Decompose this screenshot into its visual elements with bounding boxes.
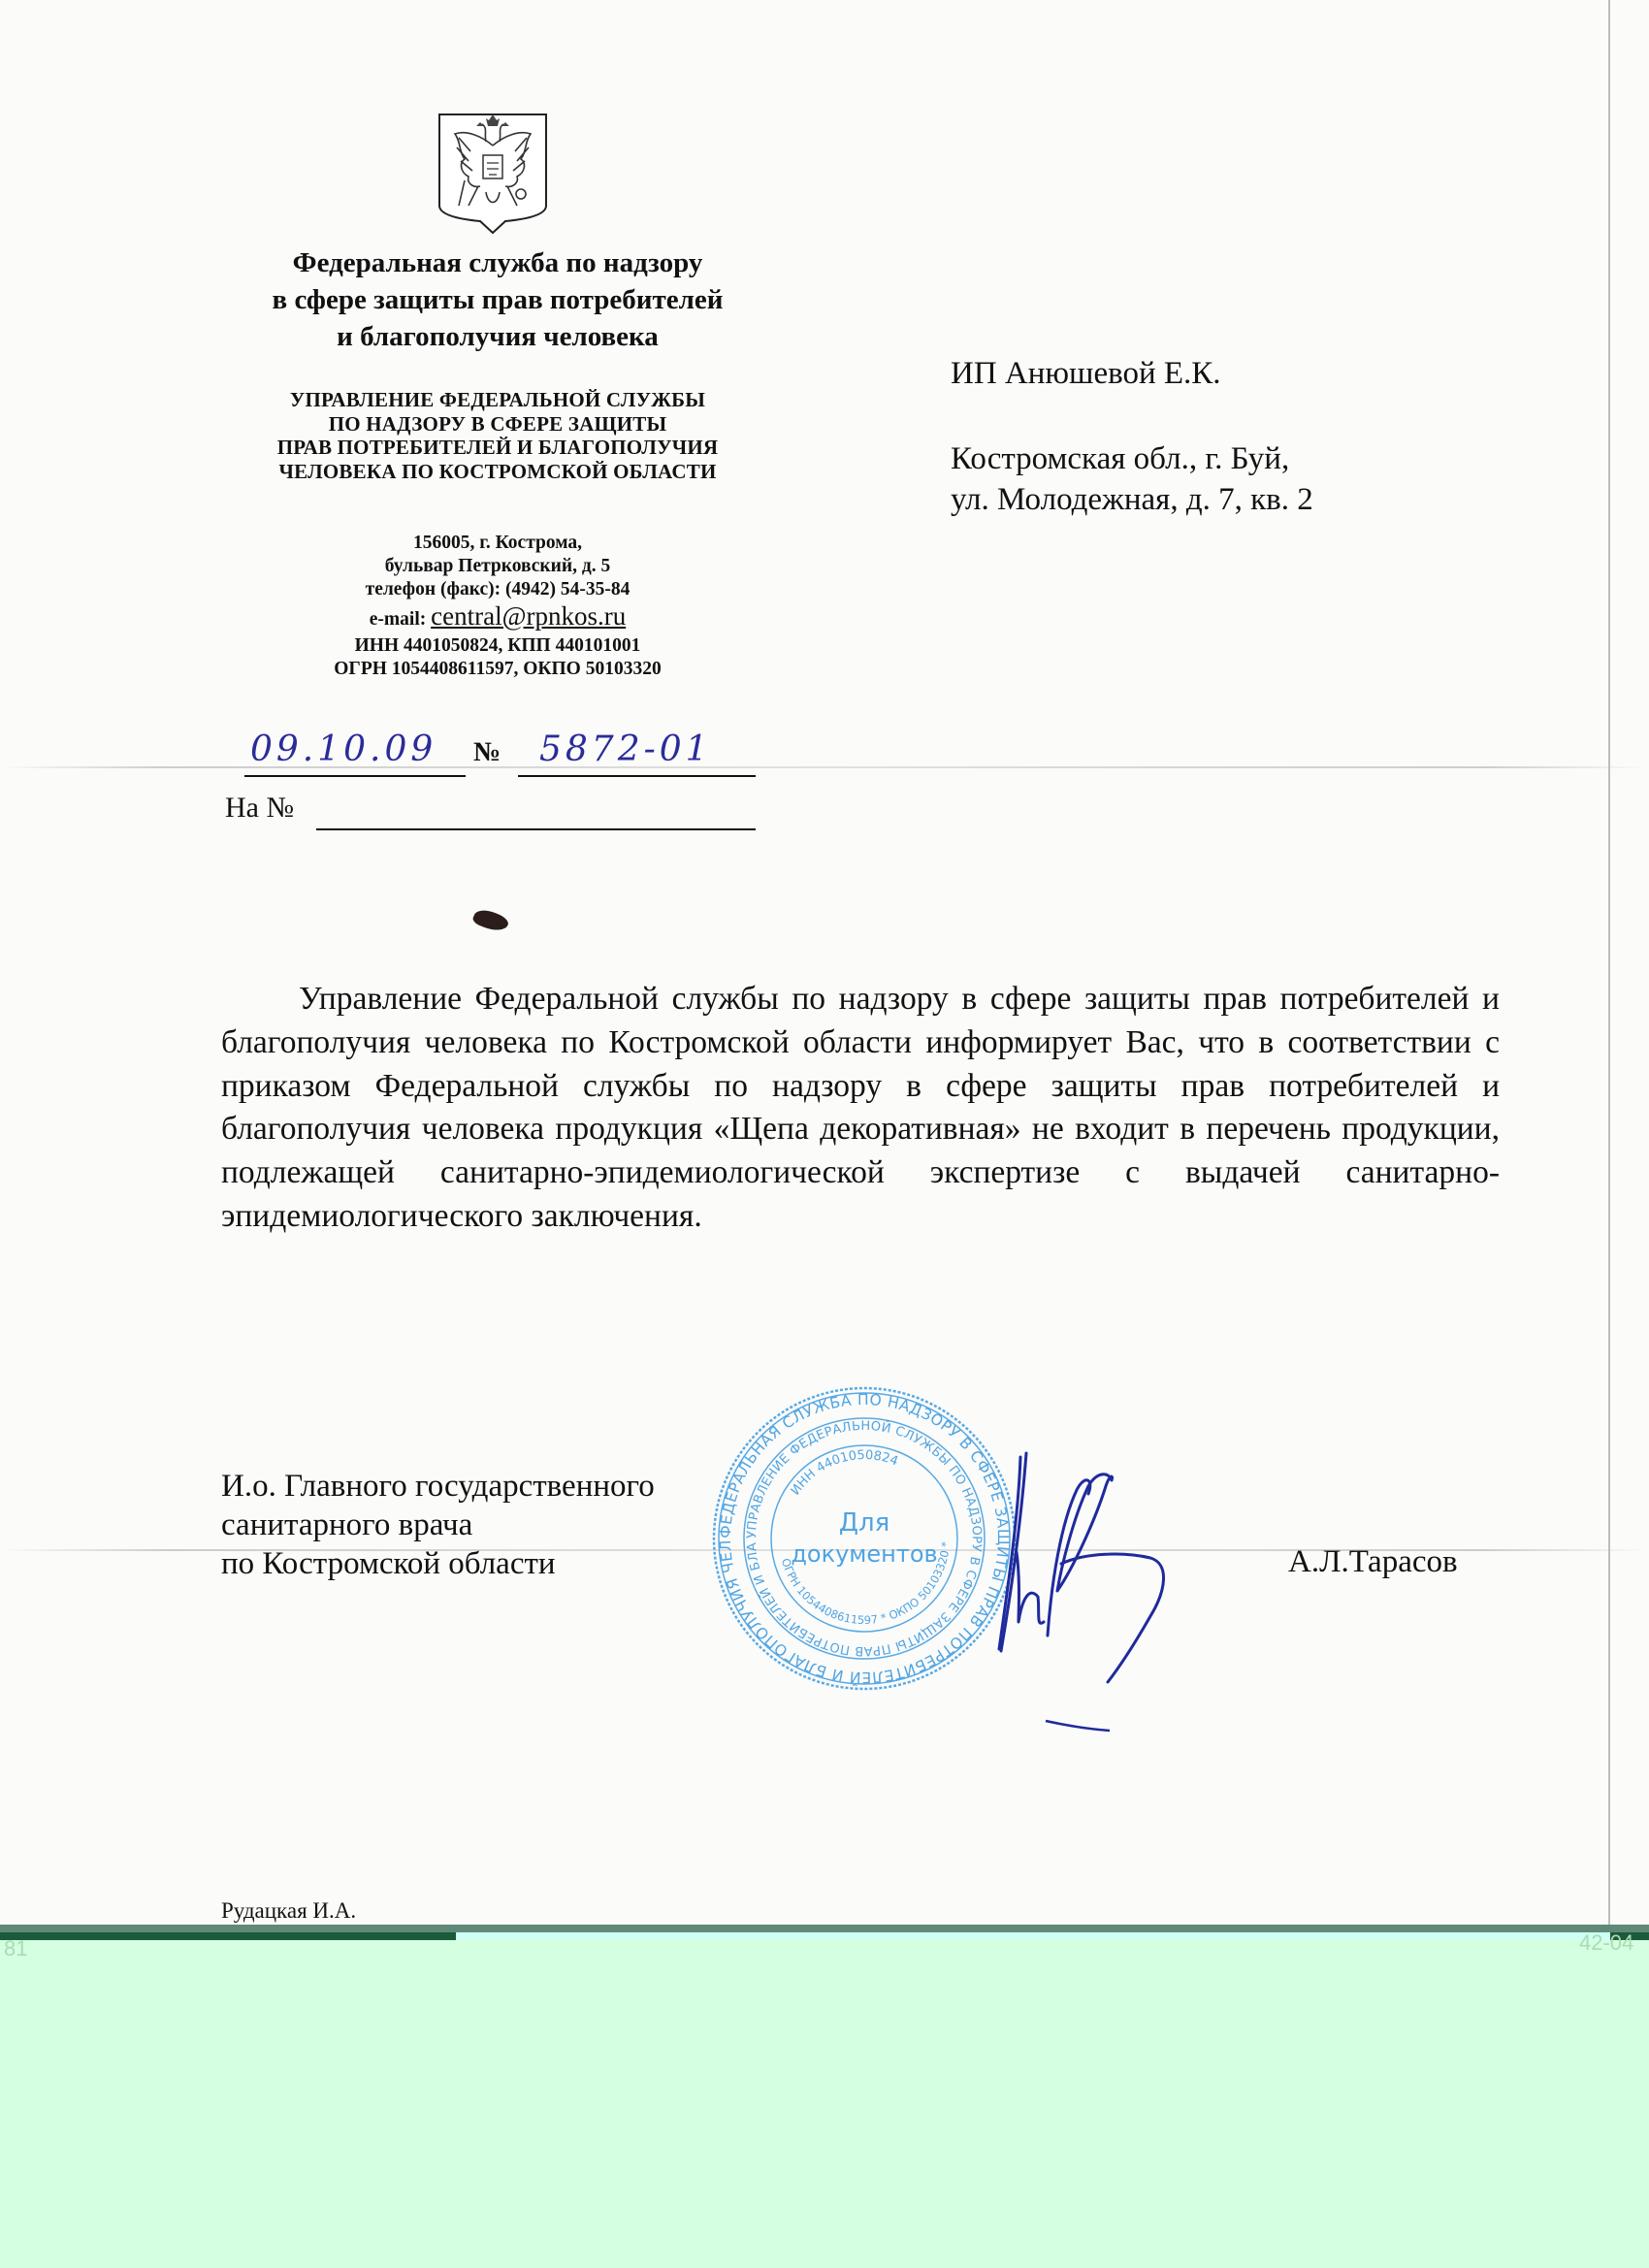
email-link[interactable]: central@rpnkos.ru <box>431 601 626 631</box>
addressee-block: ИП Анюшевой Е.К. Костромская обл., г. Бу… <box>951 353 1313 520</box>
coat-of-arms-icon <box>437 113 548 235</box>
addressee-address-line: ул. Молодежная, д. 7, кв. 2 <box>951 479 1313 520</box>
org-inn: ИНН 4401050824, КПП 440101001 <box>223 634 772 658</box>
organization-title: Федеральная служба по надзору в сфере за… <box>223 244 772 355</box>
signatory-name: А.Л.Тарасов <box>1288 1544 1458 1580</box>
org-sub-line: ЧЕЛОВЕКА ПО КОСТРОМСКОЙ ОБЛАСТИ <box>223 460 772 484</box>
org-title-line: в сфере защиты прав потребителей <box>223 281 772 318</box>
signature-tail-icon <box>1044 1719 1112 1733</box>
svg-text:ИНН 4401050824: ИНН 4401050824 <box>789 1448 900 1498</box>
letter-body: Управление Федеральной службы по надзору… <box>221 978 1500 1239</box>
signatory-role: И.о. Главного государственного санитарно… <box>221 1467 655 1583</box>
handwritten-signature-icon <box>980 1397 1212 1698</box>
org-city: 156005, г. Кострома, <box>223 532 772 555</box>
fold-line <box>0 766 1649 768</box>
addressee-name: ИП Анюшевой Е.К. <box>951 353 1313 394</box>
org-title-line: Федеральная служба по надзору <box>223 244 772 281</box>
addressee-address-line: Костромская обл., г. Буй, <box>951 438 1313 479</box>
scan-band-grey <box>0 1925 1649 1932</box>
stamp-center-line1: Для <box>839 1508 890 1538</box>
email-label: e-mail: <box>370 609 431 630</box>
org-street: бульвар Петрковский, д. 5 <box>223 555 772 578</box>
scan-band-light <box>456 1932 1610 1940</box>
organization-department: УПРАВЛЕНИЕ ФЕДЕРАЛЬНОЙ СЛУЖБЫ ПО НАДЗОРУ… <box>223 388 772 483</box>
signatory-role-line: И.о. Главного государственного <box>221 1467 655 1506</box>
org-sub-line: ПО НАДЗОРУ В СФЕРЕ ЗАЩИТЫ <box>223 412 772 437</box>
scan-fragment-right: 42-04 <box>1579 1930 1633 1956</box>
official-stamp-icon: ФЕДЕРАЛЬНАЯ СЛУЖБА ПО НАДЗОРУ В СФЕРЕ ЗА… <box>711 1385 1018 1692</box>
org-sub-line: УПРАВЛЕНИЕ ФЕДЕРАЛЬНОЙ СЛУЖБЫ <box>223 388 772 412</box>
ink-blot <box>471 906 510 935</box>
outgoing-number: 5872-01 <box>539 729 712 769</box>
signatory-role-line: санитарного врача <box>221 1506 655 1544</box>
org-title-line: и благополучия человека <box>223 318 772 355</box>
org-sub-line: ПРАВ ПОТРЕБИТЕЛЕЙ И БЛАГОПОЛУЧИЯ <box>223 436 772 460</box>
stamp-inn-text: ИНН 4401050824 <box>789 1448 900 1498</box>
organization-contacts: 156005, г. Кострома, бульвар Петрковский… <box>223 532 772 681</box>
org-ogrn: ОГРН 1054408611597, ОКПО 50103320 <box>223 658 772 681</box>
stamp-center-line2: документов <box>791 1540 937 1568</box>
reply-to-label: На № <box>225 792 294 825</box>
number-underline <box>518 775 756 777</box>
page-edge-line <box>1608 0 1610 1927</box>
org-email-row: e-mail: central@rpnkos.ru <box>223 601 772 634</box>
date-underline <box>244 775 466 777</box>
outgoing-date: 09.10.09 <box>250 729 436 769</box>
executor-name: Рудацкая И.А. <box>221 1898 356 1924</box>
reply-to-underline <box>316 828 756 830</box>
number-label: № <box>473 737 501 768</box>
scanned-letter-page: Федеральная служба по надзору в сфере за… <box>0 0 1649 1927</box>
scan-fragment-left: 81 <box>4 1936 27 1961</box>
org-phone: телефон (факс): (4942) 54-35-84 <box>223 578 772 601</box>
signatory-role-line: по Костромской области <box>221 1544 655 1583</box>
